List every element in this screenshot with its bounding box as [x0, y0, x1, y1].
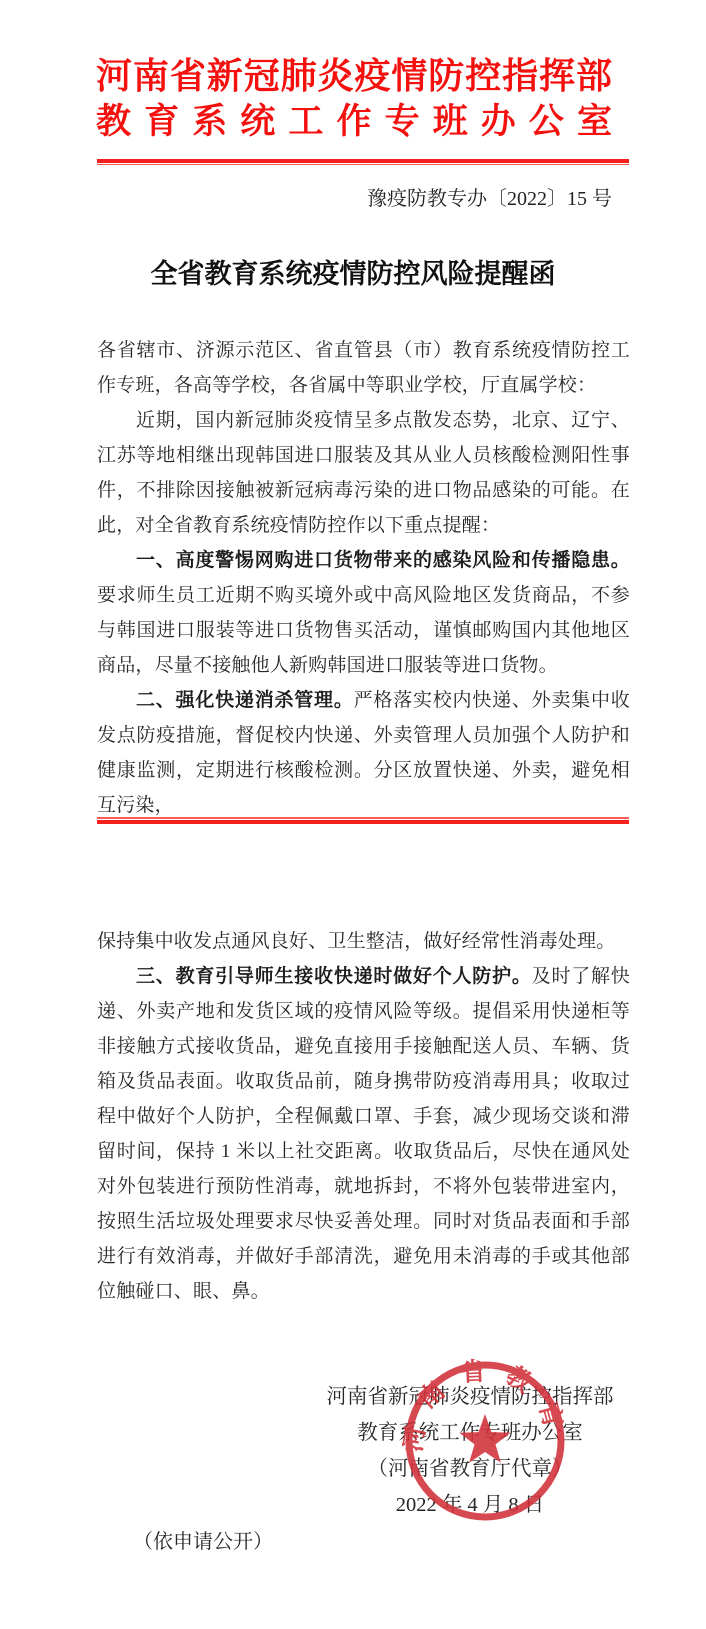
section-3-text: 及时了解快递、外卖产地和发货区域的疫情风险等级。提倡采用快递柜等非接触方式接收货…: [97, 966, 630, 1302]
signature-org-line-2: 教育系统工作专班办公室: [318, 1415, 622, 1451]
section-3-paragraph: 三、教育引导师生接收快递时做好个人防护。及时了解快递、外卖产地和发货区域的疫情风…: [97, 959, 630, 1309]
signature-date: 2022 年 4 月 8 日: [318, 1487, 622, 1523]
official-document-page: 河南省新冠肺炎疫情防控指挥部 教育系统工作专班办公室 豫疫防教专办〔2022〕1…: [0, 0, 706, 1629]
signature-block: 河南省新冠肺炎疫情防控指挥部 教育系统工作专班办公室 （河南省教育厅代章） 20…: [318, 1379, 622, 1523]
page-divider-thick-line: [97, 820, 629, 824]
page-divider: [97, 817, 629, 824]
body-page-1: 各省辖市、济源示范区、省直管县（市）教育系统疫情防控工作专班，各高等学校，各省属…: [97, 333, 630, 823]
section-1-heading: 一、高度警惕网购进口货物带来的感染风险和传播隐患。: [136, 550, 630, 571]
document-title: 全省教育系统疫情防控风险提醒函: [0, 256, 706, 292]
section-1-paragraph: 一、高度警惕网购进口货物带来的感染风险和传播隐患。要求师生员工近期不购买境外或中…: [97, 543, 630, 683]
section-3-heading: 三、教育引导师生接收快递时做好个人防护。: [136, 966, 532, 987]
disclosure-note: （依申请公开）: [133, 1528, 273, 1556]
section-1-text: 要求师生员工近期不购买境外或中高风险地区发货商品，不参与韩国进口服装等进口货物售…: [97, 585, 630, 676]
salutation: 各省辖市、济源示范区、省直管县（市）教育系统疫情防控工作专班，各高等学校，各省属…: [97, 333, 630, 403]
letterhead-line-1: 河南省新冠肺炎疫情防控指挥部: [96, 52, 612, 100]
letterhead-divider: [97, 159, 629, 165]
signature-org-line-1: 河南省新冠肺炎疫情防控指挥部: [318, 1379, 622, 1415]
section-2-paragraph: 二、强化快递消杀管理。严格落实校内快递、外卖集中收发点防疫措施，督促校内快递、外…: [97, 683, 630, 823]
signature-org-line-3: （河南省教育厅代章）: [318, 1451, 622, 1487]
letterhead: 河南省新冠肺炎疫情防控指挥部 教育系统工作专班办公室: [96, 52, 612, 144]
section-2-continuation: 保持集中收发点通风良好、卫生整洁，做好经常性消毒处理。: [97, 924, 630, 959]
intro-paragraph: 近期，国内新冠肺炎疫情呈多点散发态势，北京、辽宁、江苏等地相继出现韩国进口服装及…: [97, 403, 630, 543]
letterhead-line-2: 教育系统工作专班办公室: [96, 100, 612, 144]
section-2-heading: 二、强化快递消杀管理。: [136, 690, 354, 711]
letterhead-divider-thick-line: [97, 159, 629, 163]
body-page-2: 保持集中收发点通风良好、卫生整洁，做好经常性消毒处理。 三、教育引导师生接收快递…: [97, 924, 630, 1309]
page-divider-thin-line: [97, 817, 629, 819]
document-number: 豫疫防教专办〔2022〕15 号: [97, 186, 612, 212]
letterhead-divider-thin-line: [97, 164, 629, 165]
